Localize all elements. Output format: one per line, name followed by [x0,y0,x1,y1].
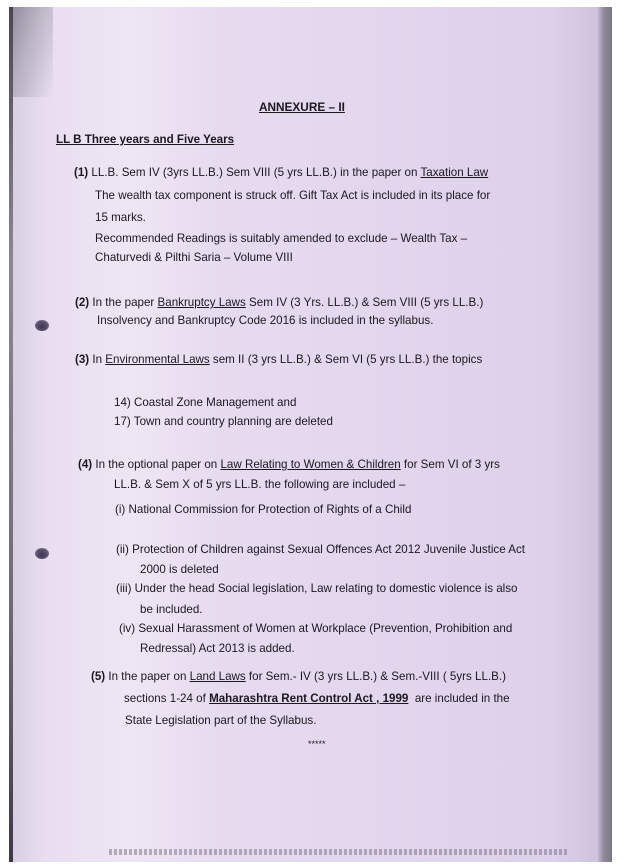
item-number: (1) [74,166,88,179]
document-title: ANNEXURE – II [259,102,345,114]
item-text: sections 1-24 of [124,692,209,705]
item-text: are included in the [408,692,509,705]
item-4-subitem-cont: 2000 is deleted [140,564,219,576]
document-body: ANNEXURE – II LL B Three years and Five … [9,7,612,862]
item-text: sem II (3 yrs LL.B.) & Sem VI (5 yrs LL.… [210,353,483,366]
item-1-line: The wealth tax component is struck off. … [95,190,490,202]
item-number: (5) [91,670,105,683]
item-5-line-1: (5) In the paper on Land Laws for Sem.- … [91,671,506,683]
item-4-line-1: (4) In the optional paper on Law Relatin… [78,459,500,471]
item-3-topic: 14) Coastal Zone Management and [114,397,296,409]
item-4-subitem-cont: be included. [140,604,203,616]
item-3-line-1: (3) In Environmental Laws sem II (3 yrs … [75,354,482,366]
item-4-subitem: (i) National Commission for Protection o… [115,504,411,516]
item-text: Sem IV (3 Yrs. LL.B.) & Sem VIII (5 yrs … [246,296,484,309]
subject-name: Taxation Law [420,166,488,179]
subject-name: Land Laws [190,670,246,683]
item-4-subitem: (iii) Under the head Social legislation,… [116,583,517,595]
item-1-line: 15 marks. [95,212,146,224]
item-text: In [92,353,105,366]
item-4-subitem: (ii) Protection of Children against Sexu… [116,544,525,556]
scanned-page: ANNEXURE – II LL B Three years and Five … [9,7,612,862]
end-mark: ***** [308,740,326,749]
item-1-line: Recommended Readings is suitably amended… [95,233,467,245]
item-4-subitem: (iv) Sexual Harassment of Women at Workp… [119,623,512,635]
item-text: for Sem VI of 3 yrs [401,458,500,471]
item-1-line-1: (1) LL.B. Sem IV (3yrs LL.B.) Sem VIII (… [74,167,488,179]
section-heading: LL B Three years and Five Years [56,134,234,146]
item-1-line: Chaturvedi & Pilthi Saria – Volume VIII [95,252,293,264]
item-number: (4) [78,458,92,471]
item-2-line-1: (2) In the paper Bankruptcy Laws Sem IV … [75,297,483,309]
bleed-through-text [109,849,569,855]
item-2-line: Insolvency and Bankruptcy Code 2016 is i… [97,315,433,327]
subject-name: Law Relating to Women & Children [220,458,400,471]
item-text: In the paper [92,296,157,309]
item-5-line: State Legislation part of the Syllabus. [125,715,316,727]
item-4-subitem-cont: Redressal) Act 2013 is added. [140,643,295,655]
item-text: In the paper on [108,670,189,683]
item-number: (3) [75,353,89,366]
subject-name: Environmental Laws [105,353,209,366]
item-text: LL.B. Sem IV (3yrs LL.B.) Sem VIII (5 yr… [91,166,420,179]
item-number: (2) [75,296,89,309]
item-text: for Sem.- IV (3 yrs LL.B.) & Sem.-VIII (… [246,670,506,683]
act-name: Maharashtra Rent Control Act , 1999 [209,692,408,705]
item-5-line-2: sections 1-24 of Maharashtra Rent Contro… [124,693,510,705]
subject-name: Bankruptcy Laws [158,296,246,309]
item-text: In the optional paper on [95,458,220,471]
item-3-topic: 17) Town and country planning are delete… [114,416,333,428]
item-4-line: LL.B. & Sem X of 5 yrs LL.B. the followi… [114,479,405,491]
